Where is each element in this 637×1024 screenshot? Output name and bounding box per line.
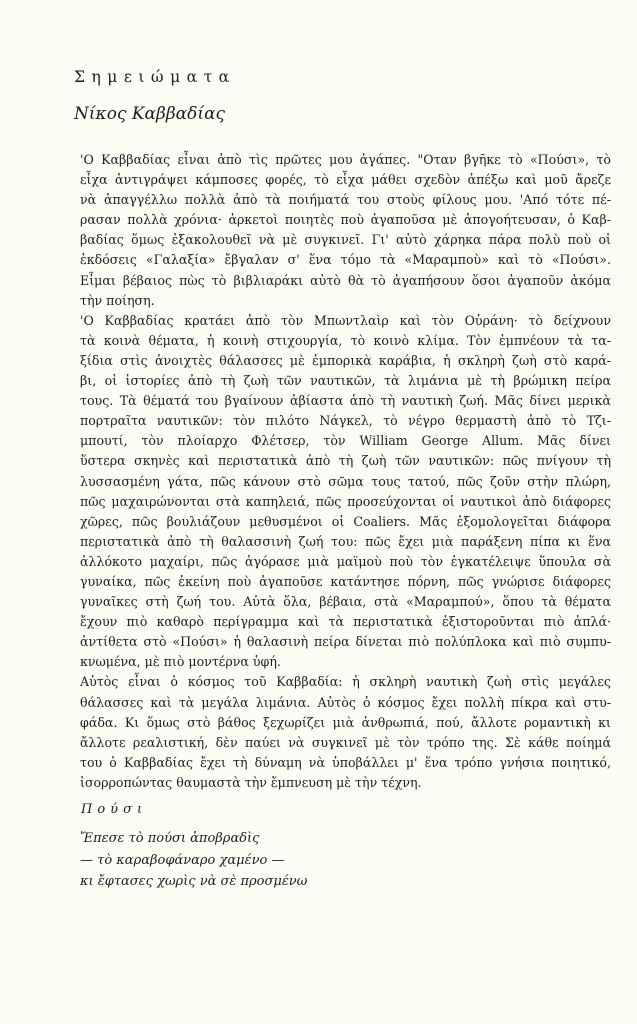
paragraph-3: Αὐτὸς εἶναι ὁ κόσμος τοῦ Καββαδία: ἡ σκλ… xyxy=(66,672,611,793)
text-line: ἐκδόσεις «Γαλαξία» ἔβγαλαν σ' ἕνα τόμο τ… xyxy=(66,250,611,270)
text-line: πορτραῖτα ναυτικῶν: τὸν πιλότο Νάγκελ, τ… xyxy=(66,411,611,431)
paragraph-2: 'Ο Καββαδίας κρατάει ἀπὸ τὸν Μπωντλαὶρ κ… xyxy=(66,311,611,673)
text-line: ὕστερα σκηνὲς καὶ περιστατικὰ ἀπὸ τὴ ζωὴ… xyxy=(66,451,611,471)
poem-title: Πούσι xyxy=(81,802,147,817)
text-line: ἀντίθετα στὸ «Πούσι» ἡ θαλασινὴ πείρα δί… xyxy=(66,632,611,652)
author-name: Νίκος Καββαδίας xyxy=(74,104,225,124)
text-line: 'Ο Καββαδίας εἶναι ἀπὸ τὶς πρῶτες μου ἀγ… xyxy=(66,150,611,170)
section-heading: Σημειώματα xyxy=(74,68,236,86)
text-line: τὰ κοινὰ θέματα, ἡ κοινὴ στιχουργία, τὸ … xyxy=(66,331,611,351)
text-line: περιστατικὰ ἀπὸ τὴ θαλασσινὴ ζωή του: πῶ… xyxy=(66,532,611,552)
text-line: βι, οἱ ἱστορίες ἀπὸ τὴ ζωὴ τῶν ναυτικῶν,… xyxy=(66,371,611,391)
text-line: εἶχα ἀντιγράψει κάμποσες φορές, τὸ εἶχα … xyxy=(66,170,611,190)
text-line: φάδα. Κι ὅμως στὸ βάθος ξεχωρίζει μιὰ ἀν… xyxy=(66,713,611,733)
text-line: ρασαν πολλὰ χρόνια· ἀρκετοὶ ποιητὲς ποὺ … xyxy=(66,210,611,230)
text-line: γυναίκα, πῶς ἐκείνη ποὺ ἀγαποῦσε κατάντη… xyxy=(66,572,611,592)
text-line: ἔχουν πιὸ καθαρὸ περίγραμμα καὶ τὰ περισ… xyxy=(66,612,611,632)
text-line: θάλασσες καὶ τὰ μεγάλα λιμάνια. Αὐτὸς ὁ … xyxy=(66,693,611,713)
text-line: λυσσασμένη γάτα, πῶς κάνουν στὸ σῶμα του… xyxy=(66,472,611,492)
text-line: μπουτί, τὸν πλοίαρχο Φλέτσερ, τὸν Willia… xyxy=(66,431,611,451)
text-line: ἰσορροπώντας θαυμαστὰ τὴν ἔμπνευση μὲ τὴ… xyxy=(66,773,611,793)
poem-verse: — τὸ καραβοφάναρο χαμένο — xyxy=(80,850,307,872)
poem-verse: κι ἔφτασες χωρὶς νὰ σὲ προσμένω xyxy=(80,871,307,893)
text-line: γυναῖκες στὴ ζωή του. Αὐτὰ ὅλα, βέβαια, … xyxy=(66,592,611,612)
text-line: νὰ ἀπαγγέλλω πολλὰ ἀπὸ τὰ ποιήματά του σ… xyxy=(66,190,611,210)
poem-excerpt: Ἔπεσε τὸ πούσι ἀποβραδὶς — τὸ καραβοφάνα… xyxy=(80,828,307,893)
text-line: Αὐτὸς εἶναι ὁ κόσμος τοῦ Καββαδία: ἡ σκλ… xyxy=(66,672,611,692)
text-line: ἄλλοτε ρεαλιστική, δὲν παύει νὰ συγκινεῖ… xyxy=(66,733,611,753)
text-line: ἀλλόκοτο μαχαίρι, πῶς ἀγόρασε μιὰ μαϊμοὺ… xyxy=(66,552,611,572)
text-line: Εἶμαι βέβαιος πὼς τὸ βιβλιαράκι αὐτὸ θὰ … xyxy=(66,271,611,291)
text-line: χῶρες, πῶς βουλιάζουν μεθυσμένοι οἱ Coal… xyxy=(66,512,611,532)
poem-verse: Ἔπεσε τὸ πούσι ἀποβραδὶς xyxy=(80,828,307,850)
text-line: τους. Τὰ θέματά του βγαίνουν ἀβίαστα ἀπὸ… xyxy=(66,391,611,411)
text-line: κνωμένα, μὲ πιὸ μοντέρνα ὑφή. xyxy=(66,652,611,672)
text-line: τὴν ποίηση. xyxy=(66,291,611,311)
text-line: πῶς μαχαιρώνονται στὰ καπηλειά, πῶς προσ… xyxy=(66,492,611,512)
text-line: βαδίας ὅμως ἐξακολουθεῖ νὰ μὲ συγκινεῖ. … xyxy=(66,230,611,250)
essay-body: 'Ο Καββαδίας εἶναι ἀπὸ τὶς πρῶτες μου ἀγ… xyxy=(66,150,611,793)
text-line: του ὁ Καββαδίας ἔχει τὴ δύναμη νὰ ὑποβάλ… xyxy=(66,753,611,773)
paragraph-1: 'Ο Καββαδίας εἶναι ἀπὸ τὶς πρῶτες μου ἀγ… xyxy=(66,150,611,311)
text-line: 'Ο Καββαδίας κρατάει ἀπὸ τὸν Μπωντλαὶρ κ… xyxy=(66,311,611,331)
text-line: ξίδια στὶς ἀνοιχτὲς θάλασσες μὲ ἐμπορικὰ… xyxy=(66,351,611,371)
